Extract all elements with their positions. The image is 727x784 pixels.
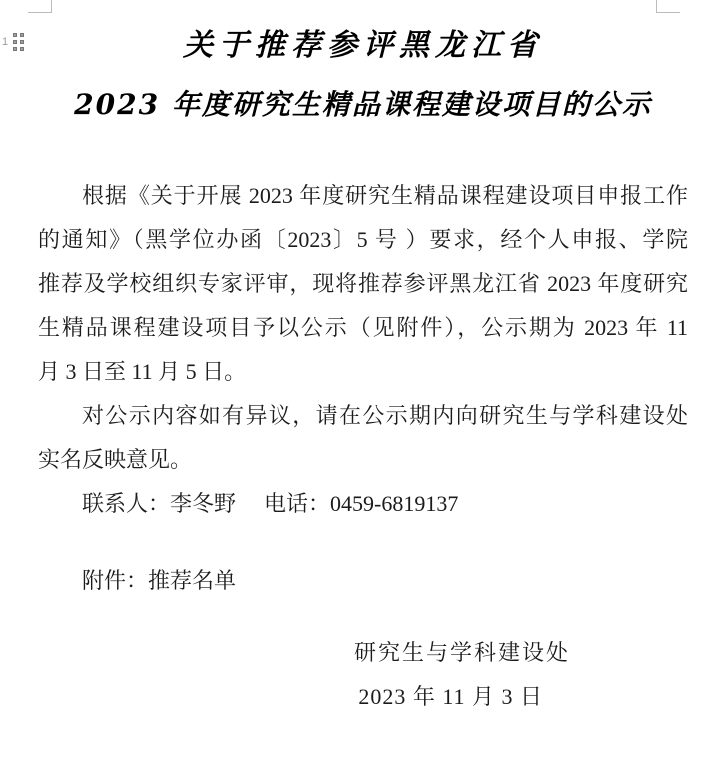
paragraph-2-line: 实名反映意见。	[38, 438, 688, 482]
paragraph-1-line: 生精品课程建设项目予以公示（见附件），公示期为 2023 年 11	[38, 306, 688, 350]
paragraph-1: 根据《关于开展 2023 年度研究生精品课程建设项目申报工作 的通知》（黑学位办…	[38, 174, 688, 394]
margin-crop-mark-top-right	[656, 0, 680, 13]
contact-line: 联系人：李冬野电话：0459-6819137	[38, 482, 688, 526]
document-content: 关于推荐参评黑龙江省 2023 年度研究生精品课程建设项目的公示 根据《关于开展…	[0, 0, 727, 719]
contact-phone: 电话：0459-6819137	[264, 491, 458, 516]
signature-date: 2023 年 11 月 3 日	[38, 675, 688, 719]
paragraph-1-line: 推荐及学校组织专家评审，现将推荐参评黑龙江省 2023 年度研究	[38, 262, 688, 306]
paragraph-2-line: 对公示内容如有异议，请在公示期内向研究生与学科建设处	[38, 394, 688, 438]
attachment-line: 附件：推荐名单	[38, 559, 688, 603]
paragraph-1-line: 根据《关于开展 2023 年度研究生精品课程建设项目申报工作	[38, 174, 688, 218]
paragraph-2: 对公示内容如有异议，请在公示期内向研究生与学科建设处 实名反映意见。	[38, 394, 688, 482]
margin-crop-mark-top-left	[28, 0, 52, 13]
document-title-line-2: 2023 年度研究生精品课程建设项目的公示	[38, 84, 688, 126]
document-body: 根据《关于开展 2023 年度研究生精品课程建设项目申报工作 的通知》（黑学位办…	[38, 174, 688, 719]
paragraph-1-line: 月 3 日至 11 月 5 日。	[38, 350, 688, 394]
block-number: 1	[2, 34, 8, 50]
paragraph-1-line: 的通知》（黑学位办函〔2023〕5 号 ）要求，经个人申报、学院	[38, 218, 688, 262]
drag-handle-icon[interactable]	[13, 33, 24, 51]
document-title-line-1: 关于推荐参评黑龙江省	[38, 26, 688, 66]
block-handle[interactable]: 1	[2, 33, 24, 51]
contact-person: 联系人：李冬野	[82, 491, 236, 516]
signature-department: 研究生与学科建设处	[38, 631, 688, 675]
document-page: 1 关于推荐参评黑龙江省 2023 年度研究生精品课程建设项目的公示 根据《关于…	[0, 0, 727, 784]
